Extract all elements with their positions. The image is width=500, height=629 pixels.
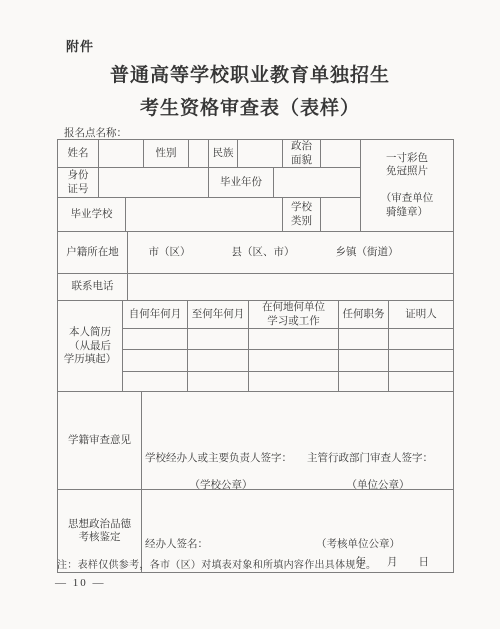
school-review-content-cell: 学校经办人或主要负责人签字： （学校公章） 年 月 日 主管行政部门审查人签字：… <box>142 392 454 490</box>
ethnic-label: 民族 <box>209 140 238 168</box>
resume-cell <box>249 372 339 392</box>
school-review-left-block: 学校经办人或主要负责人签字： （学校公章） 年 月 日 <box>145 438 297 490</box>
school-seal-label: （学校公章） <box>145 479 297 490</box>
residence-value-cell: 市（区） 县（区、市） 乡镇（街道） <box>128 232 454 274</box>
dept-seal-label: （单位公章） <box>307 479 449 490</box>
school-type-label: 学校 类别 <box>283 198 321 232</box>
political-status-label: 政治 面貌 <box>283 140 321 168</box>
resume-cell <box>188 350 249 372</box>
form-table: 姓名 性别 民族 政治 面貌 一寸彩色 免冠照片 （审查单位 骑缝章） 身份 证… <box>57 139 453 573</box>
resume-cell <box>389 329 454 350</box>
photo-box: 一寸彩色 免冠照片 （审查单位 骑缝章） <box>361 140 454 232</box>
phone-label: 联系电话 <box>58 274 128 301</box>
basic-info-table: 姓名 性别 民族 政治 面貌 一寸彩色 免冠照片 （审查单位 骑缝章） 身份 证… <box>57 139 454 232</box>
resume-col-witness: 证明人 <box>389 301 454 329</box>
resume-cell <box>188 372 249 392</box>
page-number: — 10 — <box>55 577 106 589</box>
residence-phone-table: 户籍所在地 市（区） 县（区、市） 乡镇（街道） 联系电话 <box>57 231 454 301</box>
gender-label: 性别 <box>144 140 189 168</box>
resume-cell <box>123 350 188 372</box>
attachment-label: 附件 <box>66 36 94 55</box>
resume-cell <box>339 350 389 372</box>
resume-cell <box>123 372 188 392</box>
dept-signer-label: 主管行政部门审查人签字： <box>307 452 449 466</box>
school-type-value-cell <box>321 198 361 232</box>
residence-city-label: 市（区） <box>149 246 191 260</box>
resume-cell <box>389 350 454 372</box>
resume-cell <box>389 372 454 392</box>
resume-col-post: 任何职务 <box>339 301 389 329</box>
form-title-line1: 普通高等学校职业教育单独招生 <box>0 60 500 87</box>
ethnic-value-cell <box>238 140 283 168</box>
id-number-value-cell <box>99 168 209 198</box>
resume-cell <box>339 329 389 350</box>
grad-school-value-cell <box>126 198 283 232</box>
school-review-label: 学籍审查意见 <box>58 392 142 490</box>
resume-cell <box>249 350 339 372</box>
resume-col-place: 在何地何单位 学习或工作 <box>249 301 339 329</box>
resume-cell <box>188 329 249 350</box>
form-document-page: 附件 普通高等学校职业教育单独招生 考生资格审查表（表样） 报名点名称： 姓名 … <box>0 0 500 629</box>
id-number-label: 身份 证号 <box>58 168 99 198</box>
resume-cell <box>339 372 389 392</box>
grad-year-value-cell <box>274 168 361 198</box>
grad-school-label: 毕业学校 <box>58 198 126 232</box>
name-label: 姓名 <box>58 140 99 168</box>
residence-county-label: 县（区、市） <box>232 246 295 260</box>
phone-value-cell <box>128 274 454 301</box>
resume-cell <box>249 329 339 350</box>
school-review-table: 学籍审查意见 学校经办人或主要负责人签字： （学校公章） 年 月 日 主管行政部… <box>57 391 454 490</box>
form-title-line2: 考生资格审查表（表样） <box>0 93 500 120</box>
residence-label: 户籍所在地 <box>58 232 128 274</box>
footnote: 注：表样仅供参考，各市（区）对填表对象和所填内容作出具体规定。 <box>57 556 376 571</box>
residence-township-label: 乡镇（街道） <box>336 246 399 260</box>
gender-value-cell <box>189 140 209 168</box>
political-status-value-cell <box>321 140 361 168</box>
resume-cell <box>123 329 188 350</box>
grad-year-label: 毕业年份 <box>209 168 274 198</box>
name-value-cell <box>99 140 144 168</box>
resume-col-to: 至何年何月 <box>188 301 249 329</box>
moral-signer-label: 经办人签名： <box>145 538 208 552</box>
resume-table: 本人简历 （从最后 学历填起） 自何年何月 至何年何月 在何地何单位 学习或工作… <box>57 300 454 392</box>
resume-col-from: 自何年何月 <box>123 301 188 329</box>
resume-label: 本人简历 （从最后 学历填起） <box>58 301 123 392</box>
school-signer-label: 学校经办人或主要负责人签字： <box>145 452 297 466</box>
registration-point-label: 报名点名称： <box>64 125 127 140</box>
school-review-right-block: 主管行政部门审查人签字： （单位公章） 年 月 日 <box>307 438 449 490</box>
moral-seal-label: （考核单位公章） <box>316 538 400 552</box>
